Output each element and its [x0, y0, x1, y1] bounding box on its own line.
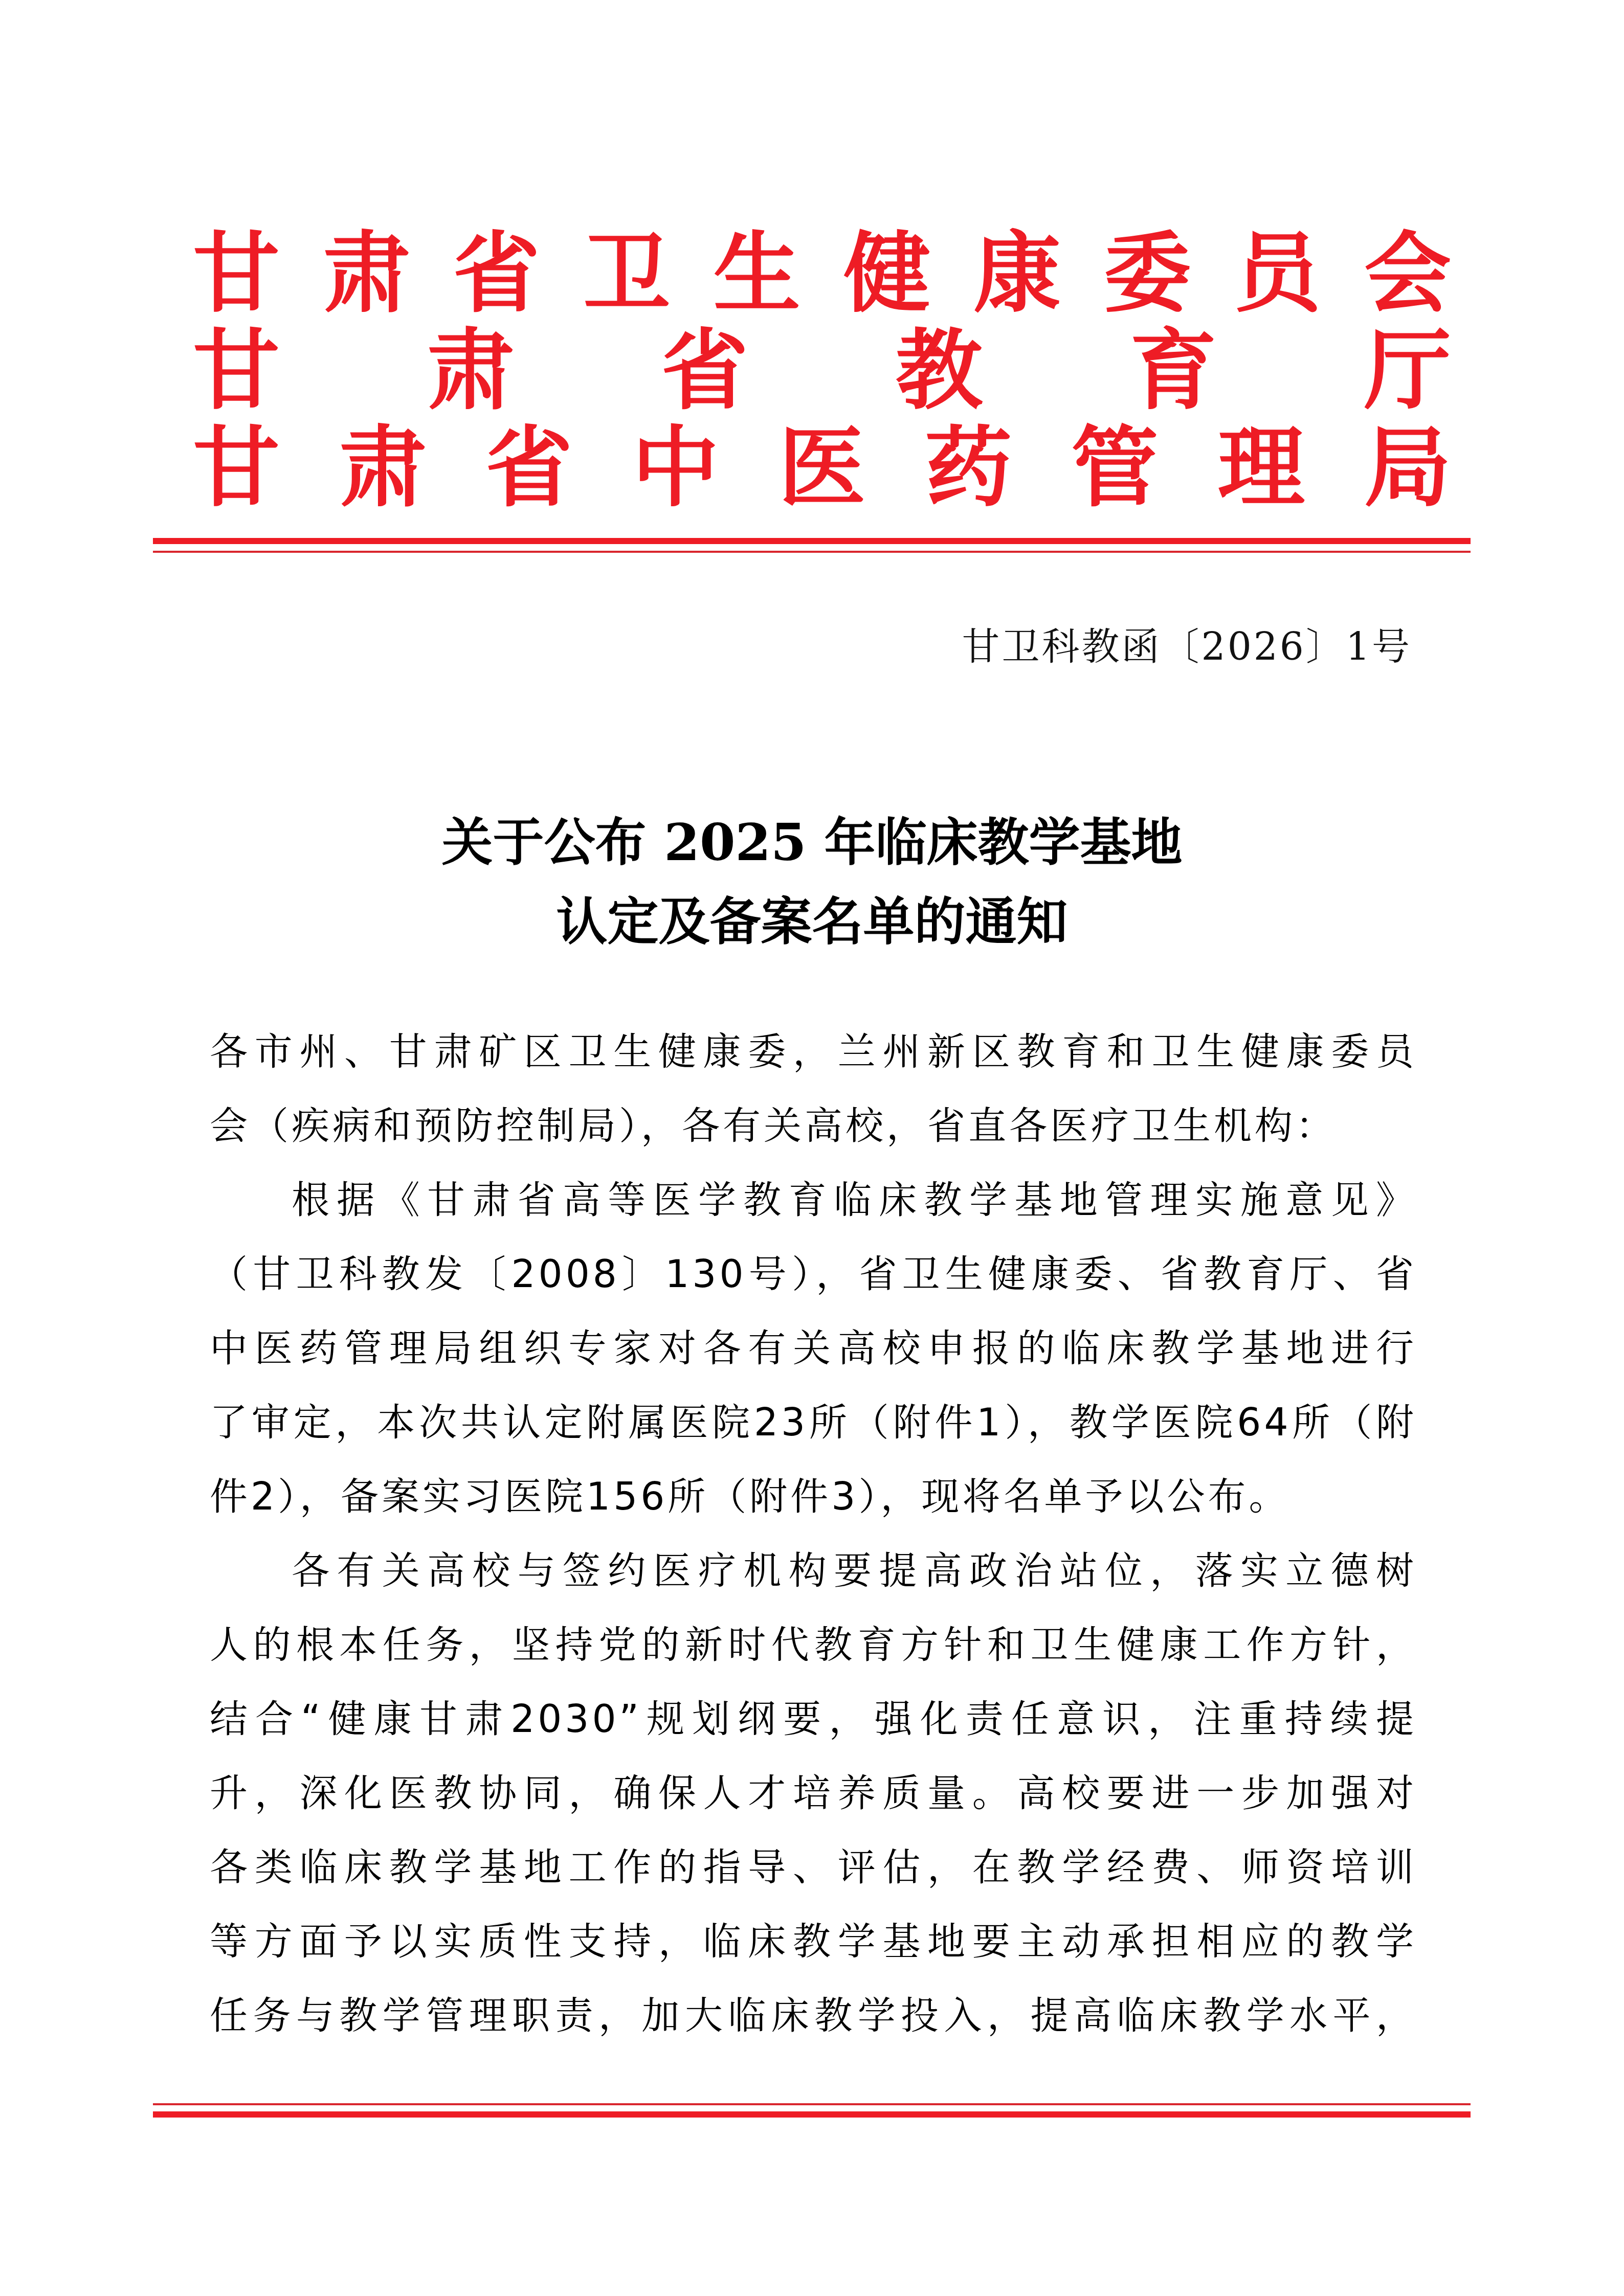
paragraph-requirements: 各有关高校与签约医疗机构要提高政治站位，落实立德树 人的根本任务，坚持党的新时代…	[210, 1534, 1417, 2053]
masthead-char: 药	[922, 419, 1014, 516]
masthead-char: 肃	[337, 419, 429, 516]
masthead-char: 教	[893, 322, 985, 419]
top-red-rule-thick	[153, 538, 1471, 544]
title-line-2: 认定及备案名单的通知	[0, 882, 1624, 961]
masthead-char: 育	[1127, 322, 1219, 419]
masthead-char: 肃	[425, 322, 517, 419]
document-number: 甘卫科教函〔2026〕1号	[962, 621, 1412, 672]
masthead-char: 厅	[1362, 322, 1454, 419]
body-line: （甘卫科教发〔2008〕130号），省卫生健康委、省教育厅、省	[210, 1237, 1417, 1312]
body-line: 件2），备案实习医院156所（附件3），现将名单予以公布。	[210, 1460, 1417, 1534]
masthead-line-tcm-administration: 甘 肃 省 中 医 药 管 理 局	[190, 419, 1454, 516]
masthead-line-health-commission: 甘 肃 省 卫 生 健 康 委 员 会	[190, 225, 1454, 322]
masthead-line-education-department: 甘 肃 省 教 育 厅	[190, 322, 1454, 419]
masthead-char: 卫	[581, 225, 673, 322]
salutation: 各市州、甘肃矿区卫生健康委，兰州新区教育和卫生健康委员 会（疾病和预防控制局），…	[210, 1015, 1417, 1163]
masthead-char: 理	[1215, 419, 1307, 516]
body-line: 各市州、甘肃矿区卫生健康委，兰州新区教育和卫生健康委员	[210, 1015, 1417, 1089]
masthead-char: 省	[451, 225, 543, 322]
masthead-char: 省	[659, 322, 751, 419]
masthead-char: 医	[776, 419, 868, 516]
body-line: 升，深化医教协同，确保人才培养质量。高校要进一步加强对	[210, 1757, 1417, 1831]
masthead-char: 中	[630, 419, 722, 516]
masthead-char: 会	[1362, 225, 1454, 322]
body-line: 根据《甘肃省高等医学教育临床教学基地管理实施意见》	[210, 1163, 1417, 1237]
document-page: 甘 肃 省 卫 生 健 康 委 员 会 甘 肃 省 教 育 厅 甘 肃 省 中 …	[0, 0, 1624, 2296]
document-title: 关于公布 2025 年临床教学基地 认定及备案名单的通知	[0, 803, 1624, 961]
masthead-char: 健	[841, 225, 933, 322]
body-line: 等方面予以实质性支持，临床教学基地要主动承担相应的教学	[210, 1905, 1417, 1979]
body-line: 中医药管理局组织专家对各有关高校申报的临床教学基地进行	[210, 1312, 1417, 1386]
body-line: 了审定，本次共认定附属医院23所（附件1），教学医院64所（附	[210, 1386, 1417, 1460]
bottom-red-rule-thick	[153, 2111, 1471, 2118]
bottom-red-rule-thin	[153, 2103, 1471, 2105]
body-line: 各有关高校与签约医疗机构要提高政治站位，落实立德树	[210, 1534, 1417, 1608]
masthead-char: 康	[971, 225, 1063, 322]
body-line: 人的根本任务，坚持党的新时代教育方针和卫生健康工作方针，	[210, 1608, 1417, 1682]
masthead-char: 甘	[190, 419, 282, 516]
masthead-char: 生	[711, 225, 803, 322]
masthead-char: 省	[483, 419, 575, 516]
paragraph-basis-and-results: 根据《甘肃省高等医学教育临床教学基地管理实施意见》 （甘卫科教发〔2008〕13…	[210, 1163, 1417, 1534]
masthead-char: 肃	[320, 225, 412, 322]
title-line-1: 关于公布 2025 年临床教学基地	[0, 803, 1624, 882]
masthead-char: 管	[1069, 419, 1161, 516]
document-body: 各市州、甘肃矿区卫生健康委，兰州新区教育和卫生健康委员 会（疾病和预防控制局），…	[210, 1015, 1417, 2053]
masthead-char: 局	[1362, 419, 1454, 516]
masthead-char: 委	[1101, 225, 1193, 322]
top-red-rule-thin	[153, 551, 1471, 553]
body-line: 结合“健康甘肃2030”规划纲要，强化责任意识，注重持续提	[210, 1682, 1417, 1757]
body-line: 会（疾病和预防控制局），各有关高校，省直各医疗卫生机构：	[210, 1089, 1417, 1163]
masthead-char: 甘	[190, 225, 282, 322]
issuing-authorities-masthead: 甘 肃 省 卫 生 健 康 委 员 会 甘 肃 省 教 育 厅 甘 肃 省 中 …	[190, 225, 1454, 516]
body-line: 任务与教学管理职责，加大临床教学投入，提高临床教学水平，	[210, 1979, 1417, 2053]
body-line: 各类临床教学基地工作的指导、评估，在教学经费、师资培训	[210, 1831, 1417, 1905]
masthead-char: 员	[1232, 225, 1324, 322]
masthead-char: 甘	[190, 322, 282, 419]
